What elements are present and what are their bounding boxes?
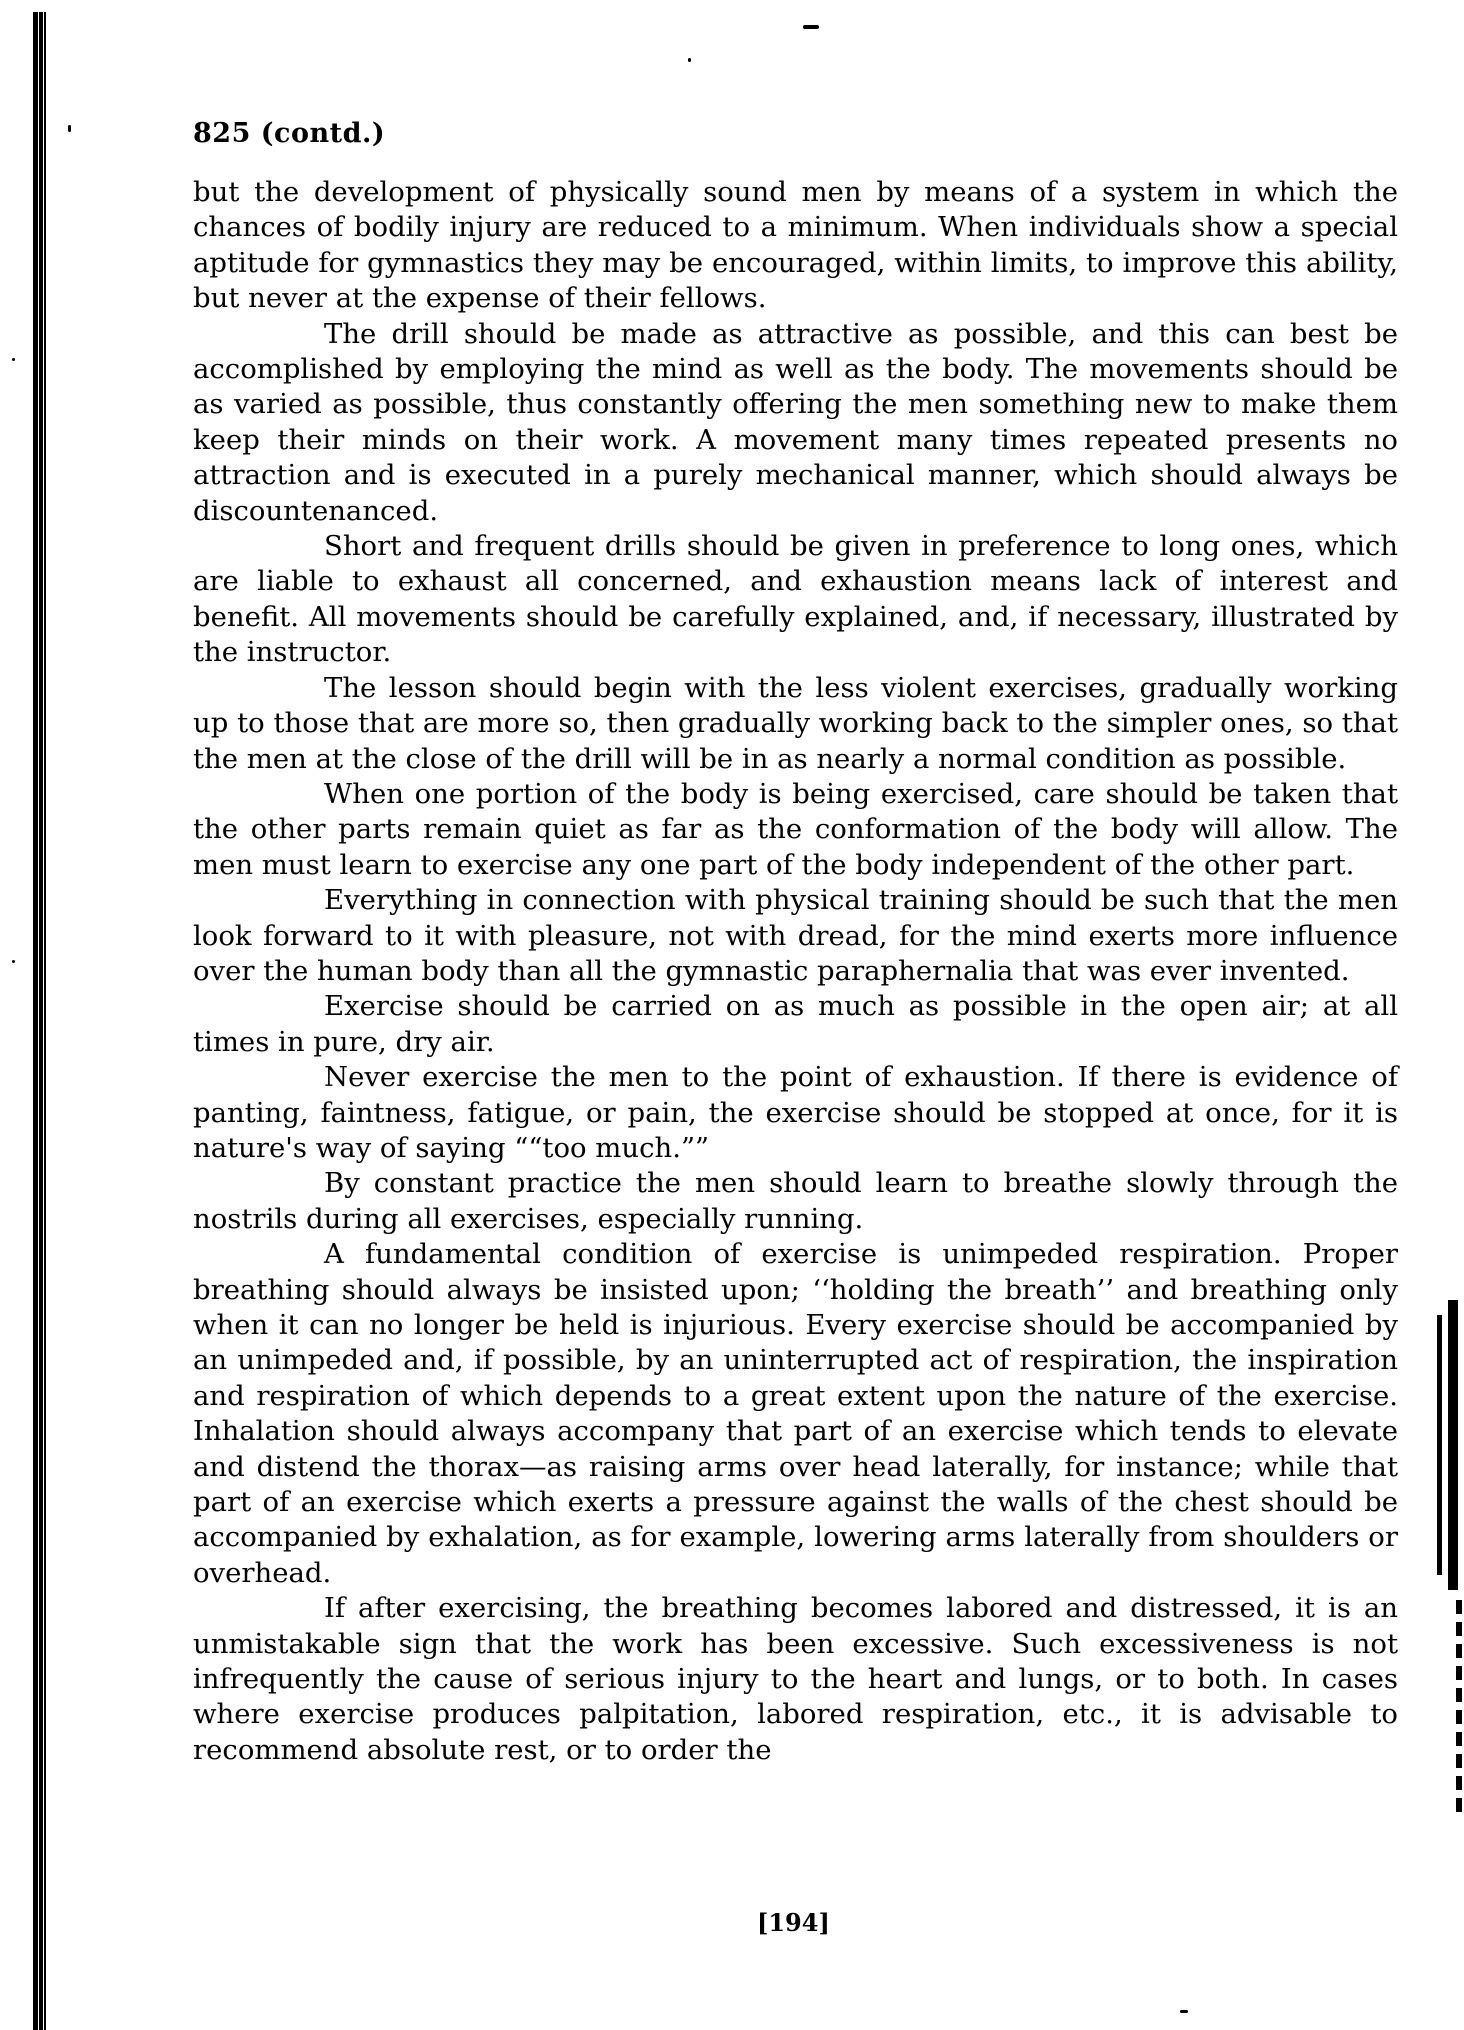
paragraph: but the development of physically sound … (193, 175, 1398, 317)
page-number: [194] (757, 1908, 830, 1937)
paragraph: If after exercising, the breathing becom… (193, 1591, 1398, 1768)
paragraph: When one portion of the body is being ex… (193, 777, 1398, 883)
paragraph: Everything in connection with physical t… (193, 883, 1398, 989)
paragraph: Exercise should be carried on as much as… (193, 989, 1398, 1060)
paragraph: Short and frequent drills should be give… (193, 529, 1398, 671)
paragraph: By constant practice the men should lear… (193, 1166, 1398, 1237)
scan-speck (68, 125, 71, 132)
body-text: but the development of physically sound … (193, 175, 1398, 1768)
scan-binding-edge (33, 12, 46, 2030)
scan-speck (1180, 2010, 1188, 2013)
scan-speck (803, 25, 819, 29)
scan-speck (12, 358, 15, 361)
scan-right-edge-fragments (1456, 1600, 1462, 1820)
scan-right-edge-marks (1432, 1300, 1462, 1590)
paragraph: The lesson should begin with the less vi… (193, 671, 1398, 777)
paragraph: The drill should be made as attractive a… (193, 317, 1398, 529)
section-heading: 825 (contd.) (193, 118, 385, 149)
scan-speck (688, 58, 691, 62)
scan-speck (12, 960, 15, 963)
scan-mark (1448, 1300, 1458, 1590)
paragraph: A fundamental condition of exercise is u… (193, 1237, 1398, 1591)
scan-mark (1437, 1315, 1442, 1575)
paragraph: Never exercise the men to the point of e… (193, 1060, 1398, 1166)
